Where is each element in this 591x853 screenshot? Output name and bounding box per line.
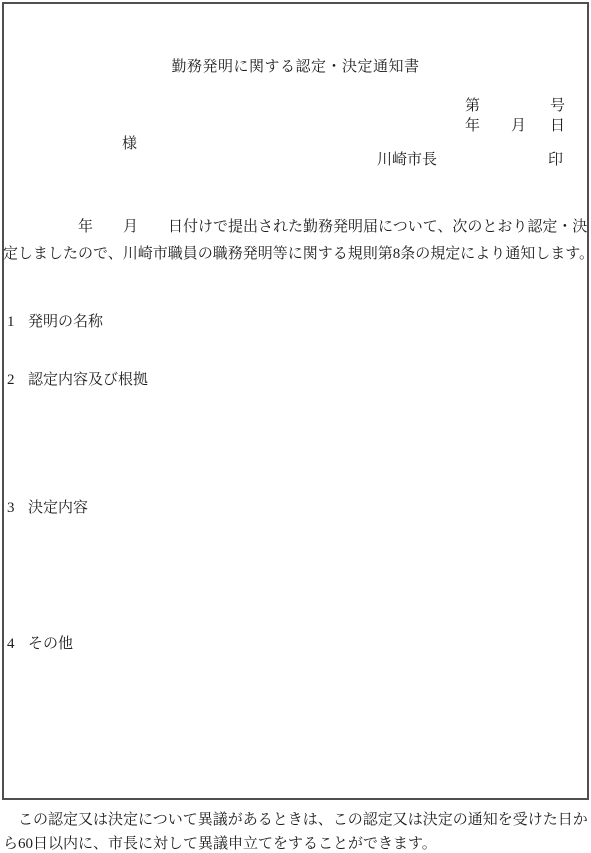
- doc-number-prefix: 第: [465, 98, 480, 115]
- date-day-label: 日: [550, 118, 565, 135]
- item-label: 発明の名称: [28, 314, 103, 330]
- document-page: 勤務発明に関する認定・決定通知書 第 号 年 月 日 様 川崎市長 印 年 月 …: [0, 0, 591, 853]
- seal-mark: 印: [548, 152, 563, 169]
- doc-number-suffix: 号: [550, 98, 565, 115]
- document-border-box: [2, 2, 589, 800]
- footnote-line-2: ら60日以内に、市長に対して異議申立てをすることができます。: [3, 836, 437, 853]
- item-number: 2: [7, 372, 28, 389]
- item-number: 4: [7, 636, 28, 653]
- addressee-honorific: 様: [122, 136, 137, 153]
- item-number: 3: [7, 500, 28, 517]
- item-recognition-content: 2認定内容及び根拠: [7, 372, 148, 389]
- date-month-label: 月: [511, 118, 526, 135]
- issuer-name: 川崎市長: [377, 152, 437, 169]
- item-decision-content: 3決定内容: [7, 500, 88, 517]
- item-other: 4その他: [7, 636, 73, 653]
- document-title: 勤務発明に関する認定・決定通知書: [0, 59, 591, 76]
- body-line-2: 定しましたので、川崎市職員の職務発明等に関する規則第8条の規定により通知します。: [3, 246, 591, 263]
- body-line-1: 年 月 日付けで提出された勤務発明届について、次のとおり認定・決: [3, 219, 587, 236]
- footnote-line-1: この認定又は決定について異議があるときは、この認定又は決定の通知を受けた日か: [3, 812, 588, 829]
- item-invention-name: 1発明の名称: [7, 314, 103, 331]
- item-label: その他: [28, 636, 73, 652]
- date-year-label: 年: [465, 118, 480, 135]
- item-label: 決定内容: [28, 500, 88, 516]
- item-label: 認定内容及び根拠: [28, 372, 148, 388]
- item-number: 1: [7, 314, 28, 331]
